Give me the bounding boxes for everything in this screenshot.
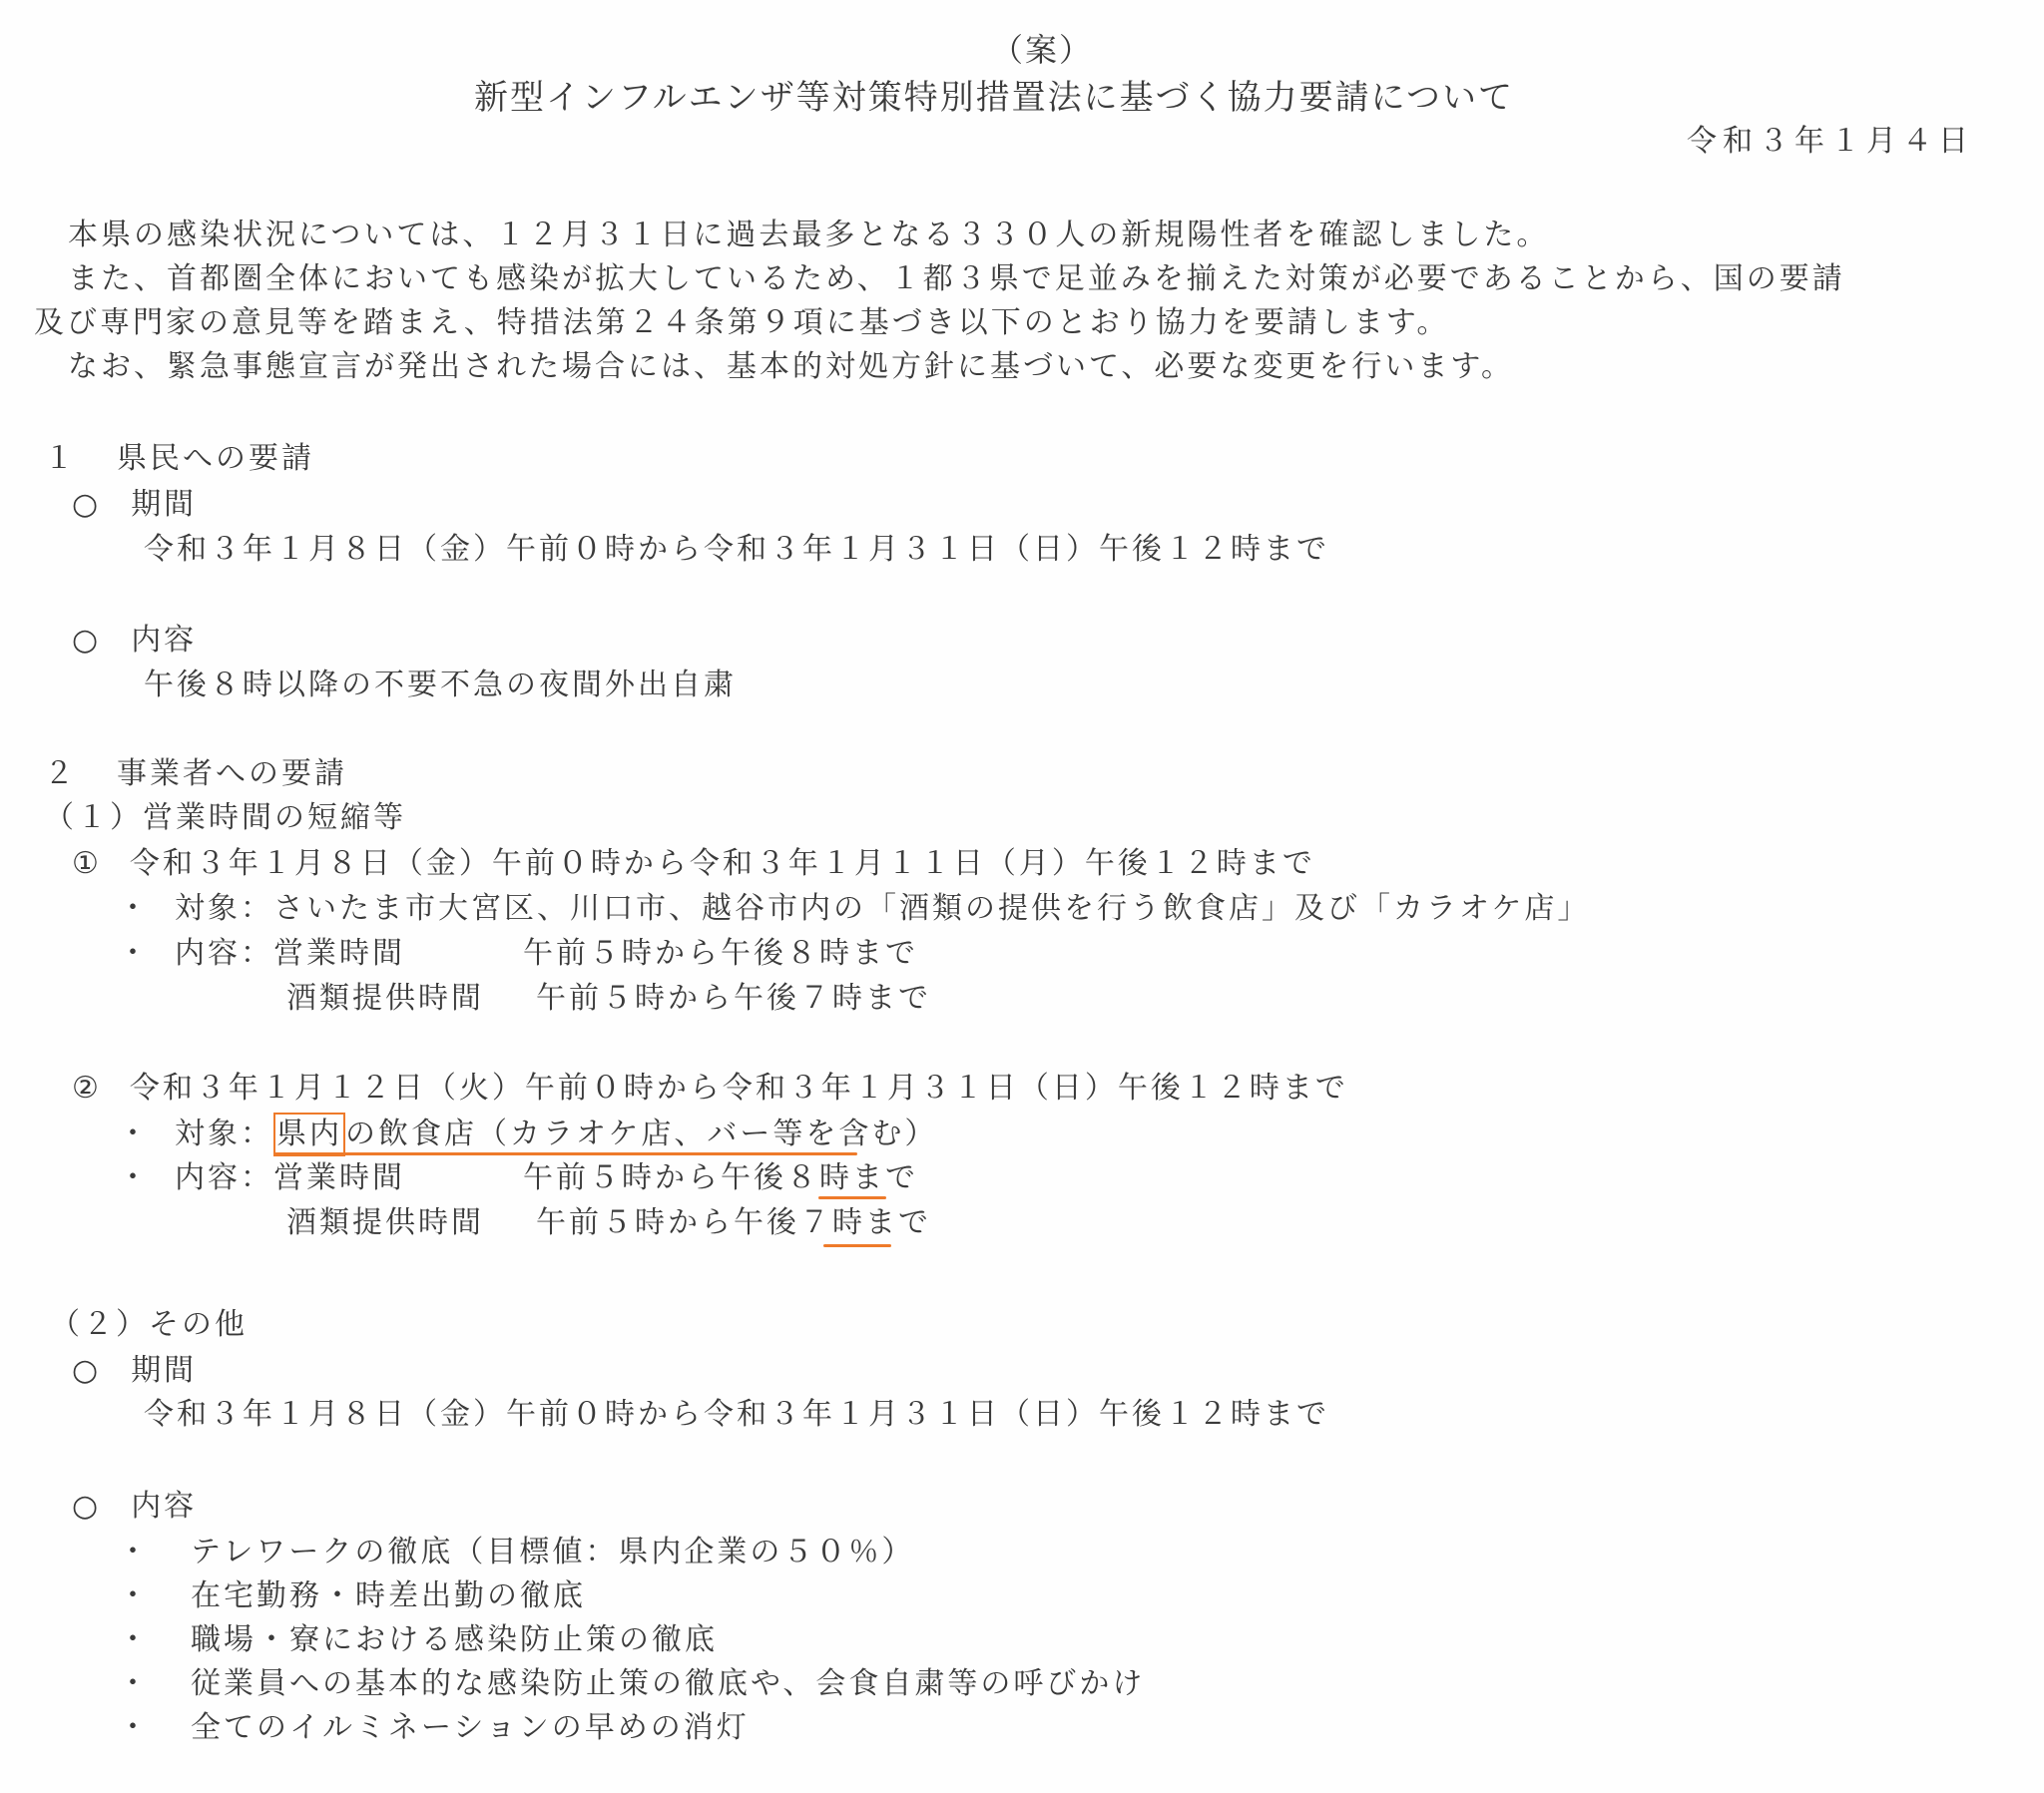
document-date: 令和３年１月４日 <box>1687 124 1974 160</box>
section-1-number: １ <box>44 441 77 476</box>
circle-bullet-icon: ○ <box>72 1489 101 1525</box>
bullet-icon: ・ <box>118 936 151 972</box>
hours-value-pre: 午前５時から午後 <box>523 1160 786 1195</box>
list-item: ・テレワークの徹底（目標値：県内企業の５０％） <box>118 1535 914 1570</box>
hours-label: 営業時間 <box>273 936 523 972</box>
item-1-period: ①令和３年１月８日（金）午前０時から令和３年１月１１日（月）午後１２時まで <box>72 846 1315 882</box>
item-2-content-alcohol: 酒類提供時間午前５時から午後７時まで <box>286 1205 931 1241</box>
hours-value-mark: ８時 <box>786 1160 852 1195</box>
intro-paragraph-2a: また、首都圏全体においても感染が拡大しているため、１都３県で足並みを揃えた対策が… <box>68 261 1845 297</box>
alcohol-label: 酒類提供時間 <box>286 1205 536 1241</box>
item-2-period-text: 令和３年１月１２日（火）午前０時から令和３年１月３１日（日）午後１２時まで <box>130 1071 1348 1106</box>
list-item: ・全てのイルミネーションの早めの消灯 <box>118 1710 750 1746</box>
item-1-target: ・対象：さいたま市大宮区、川口市、越谷市内の「酒類の提供を行う飲食店」及び「カラ… <box>118 891 1590 927</box>
bullet-icon: ・ <box>118 1578 151 1614</box>
alcohol-value-pre: 午前５時から午後 <box>536 1205 799 1240</box>
item-2-content-hours: ・内容：営業時間午前５時から午後８時まで <box>118 1160 918 1196</box>
list-item: ・従業員への基本的な感染防止策の徹底や、会食自粛等の呼びかけ <box>118 1666 1145 1702</box>
item-1-period-text: 令和３年１月８日（金）午前０時から令和３年１月１１日（月）午後１２時まで <box>130 846 1315 881</box>
enum-marker-1: ① <box>72 846 102 882</box>
section-1-content-heading: ○内容 <box>72 623 197 659</box>
target-value: さいたま市大宮区、川口市、越谷市内の「酒類の提供を行う飲食店」及び「カラオケ店」 <box>273 891 1590 926</box>
list-item-text: 在宅勤務・時差出勤の徹底 <box>191 1578 586 1613</box>
enum-marker-2: ② <box>72 1071 102 1107</box>
bullet-icon: ・ <box>118 1117 151 1152</box>
section-1-heading: １県民への要請 <box>44 441 314 477</box>
subsection-2-content-heading: ○内容 <box>72 1489 197 1525</box>
circle-bullet-icon: ○ <box>72 1353 101 1389</box>
subsection-2-period-heading: ○期間 <box>72 1353 197 1389</box>
document-page: （案） 新型インフルエンザ等対策特別措置法に基づく協力要請について 令和３年１月… <box>0 0 2044 1793</box>
boxed-annotation: 県内 <box>273 1113 345 1156</box>
intro-paragraph-2b: 及び専門家の意見等を踏まえ、特措法第２４条第９項に基づき以下のとおり協力を要請し… <box>34 305 1449 341</box>
bullet-icon: ・ <box>118 891 151 927</box>
underline-annotation <box>818 1196 886 1199</box>
content-label: 内容： <box>175 936 273 971</box>
section-1-content-value: 午後８時以降の不要不急の夜間外出自粛 <box>144 668 737 703</box>
period-label: 期間 <box>131 1353 197 1388</box>
intro-paragraph-1: 本県の感染状況については、１２月３１日に過去最多となる３３０人の新規陽性者を確認… <box>68 218 1549 253</box>
target-label: 対象： <box>175 1117 273 1151</box>
document-title: 新型インフルエンザ等対策特別措置法に基づく協力要請について <box>474 76 1514 120</box>
subsection-1-heading: （１）営業時間の短縮等 <box>44 800 406 836</box>
list-item: ・在宅勤務・時差出勤の徹底 <box>118 1578 586 1614</box>
list-item-text: 従業員への基本的な感染防止策の徹底や、会食自粛等の呼びかけ <box>191 1666 1145 1701</box>
hours-value: 午前５時から午後８時まで <box>523 936 918 971</box>
subsection-2-period-value: 令和３年１月８日（金）午前０時から令和３年１月３１日（日）午後１２時まで <box>144 1397 1329 1433</box>
hours-value-post: まで <box>852 1160 918 1195</box>
bullet-icon: ・ <box>118 1666 151 1702</box>
draft-mark: （案） <box>0 30 2044 70</box>
section-1-title: 県民への要請 <box>117 441 314 476</box>
circle-bullet-icon: ○ <box>72 623 101 659</box>
content-label: 内容： <box>175 1160 273 1195</box>
list-item-text: テレワークの徹底（目標値：県内企業の５０％） <box>191 1535 914 1569</box>
section-1-period-value: 令和３年１月８日（金）午前０時から令和３年１月３１日（日）午後１２時まで <box>144 532 1329 568</box>
section-2-title: 事業者への要請 <box>117 756 347 791</box>
section-2-number: ２ <box>44 756 77 791</box>
bullet-icon: ・ <box>118 1710 151 1746</box>
alcohol-label: 酒類提供時間 <box>286 981 536 1017</box>
target-value-rest: の飲食店（カラオケ店、バー等を含む） <box>345 1117 937 1151</box>
bullet-icon: ・ <box>118 1622 151 1658</box>
content-label: 内容 <box>131 623 197 658</box>
target-label: 対象： <box>175 891 273 926</box>
content-label: 内容 <box>131 1489 197 1524</box>
intro-paragraph-3: なお、緊急事態宣言が発出された場合には、基本的対処方針に基づいて、必要な変更を行… <box>68 349 1514 385</box>
underline-annotation <box>274 1152 857 1155</box>
circle-bullet-icon: ○ <box>72 487 101 523</box>
item-2-target: ・対象：県内の飲食店（カラオケ店、バー等を含む） <box>118 1116 937 1153</box>
underline-annotation <box>823 1244 891 1247</box>
section-2-heading: ２事業者への要請 <box>44 756 347 792</box>
subsection-2-heading: （２）その他 <box>50 1307 248 1343</box>
list-item-text: 職場・寮における感染防止策の徹底 <box>191 1622 718 1657</box>
bullet-icon: ・ <box>118 1160 151 1196</box>
alcohol-value-post: まで <box>865 1205 931 1240</box>
alcohol-value: 午前５時から午後７時まで <box>536 981 931 1016</box>
item-1-content-alcohol: 酒類提供時間午前５時から午後７時まで <box>286 981 931 1017</box>
hours-label: 営業時間 <box>273 1160 523 1196</box>
period-label: 期間 <box>131 487 197 522</box>
item-2-period: ②令和３年１月１２日（火）午前０時から令和３年１月３１日（日）午後１２時まで <box>72 1071 1348 1107</box>
section-1-period-heading: ○期間 <box>72 487 197 523</box>
alcohol-value-mark: ７時 <box>799 1205 865 1240</box>
bullet-icon: ・ <box>118 1535 151 1570</box>
list-item-text: 全てのイルミネーションの早めの消灯 <box>191 1710 750 1745</box>
item-1-content-hours: ・内容：営業時間午前５時から午後８時まで <box>118 936 918 972</box>
list-item: ・職場・寮における感染防止策の徹底 <box>118 1622 718 1658</box>
